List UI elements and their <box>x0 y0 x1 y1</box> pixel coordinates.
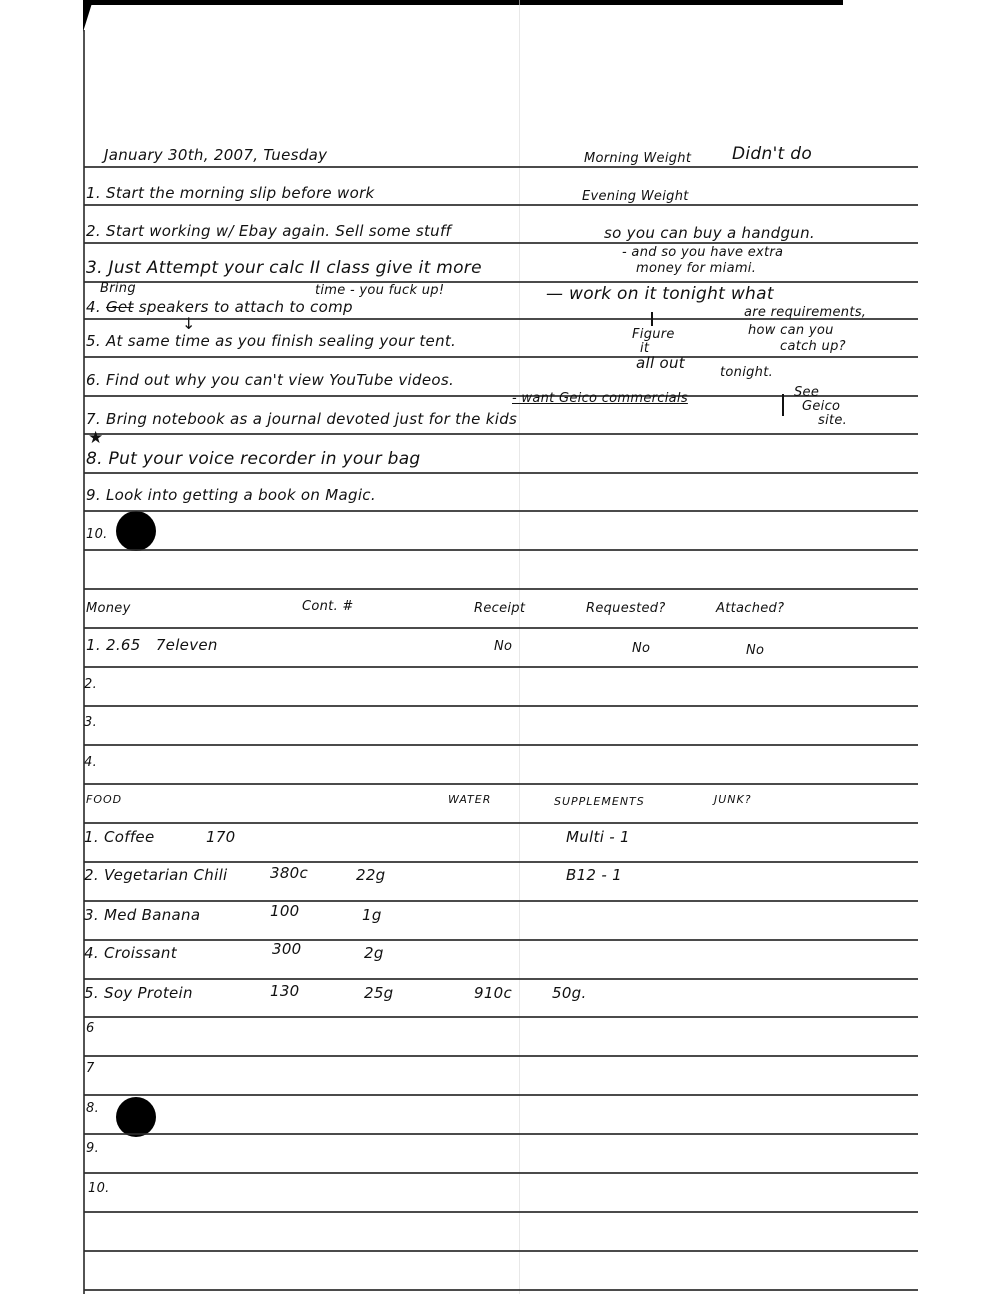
money-row-1-receipt: No <box>494 640 512 653</box>
note-figure: Figure <box>632 328 675 341</box>
food-row-1: 1. Coffee <box>84 830 154 845</box>
todo-item-4-inserted: Bring <box>100 282 136 295</box>
money-header-money: Money <box>86 602 131 615</box>
food-row-3: 3. Med Banana <box>84 908 200 923</box>
money-row-2: 2. <box>84 678 97 691</box>
ruled-line <box>84 1133 918 1135</box>
food-row-9: 9. <box>86 1142 99 1155</box>
note-work-on-it: — work on it tonight what <box>546 286 774 303</box>
ruled-line <box>84 510 918 512</box>
food-header-supplements: SUPPLEMENTS <box>554 796 645 807</box>
ruled-line <box>84 356 918 358</box>
todo-item-5: 5. At same time as you finish sealing yo… <box>86 334 456 349</box>
ruled-line <box>84 1055 918 1057</box>
food-row-5: 5. Soy Protein <box>84 986 193 1001</box>
note-divider <box>782 394 784 416</box>
food-row-2-supp: B12 - 1 <box>566 868 622 883</box>
evening-weight-label: Evening Weight <box>582 190 689 203</box>
ruled-line <box>84 166 918 168</box>
note-connector-line <box>651 312 653 326</box>
money-header-attached: Attached? <box>716 602 784 615</box>
ruled-line <box>84 822 918 824</box>
note-requirements: are requirements, <box>744 306 866 319</box>
food-row-2-protein: 22g <box>356 868 386 883</box>
ruled-line <box>84 744 918 746</box>
note-geico-commercials: - want Geico commercials <box>512 392 688 405</box>
todo-item-2: 2. Start working w/ Ebay again. Sell som… <box>86 224 451 239</box>
food-row-4-cal: 300 <box>272 942 302 957</box>
ruled-line <box>84 395 918 397</box>
food-header-water: WATER <box>448 794 491 805</box>
money-header-cont: Cont. # <box>302 600 354 613</box>
food-row-4-protein: 2g <box>364 946 384 961</box>
food-row-5-water: 910c <box>474 986 512 1001</box>
ruled-line <box>84 1289 918 1291</box>
food-row-1-supp: Multi - 1 <box>566 830 630 845</box>
todo-item-3: 3. Just Attempt your calc II class give … <box>86 260 482 277</box>
food-row-4: 4. Croissant <box>84 946 177 961</box>
ruled-line <box>84 1016 918 1018</box>
note-site: site. <box>818 414 847 427</box>
todo-item-3-note: time - you fuck up! <box>315 284 444 297</box>
note-catch-up: catch up? <box>780 340 846 353</box>
ruled-line <box>84 242 918 244</box>
money-row-1-requested: No <box>632 642 650 655</box>
food-header-junk: JUNK? <box>714 794 752 805</box>
todo-item-7: 7. Bring notebook as a journal devoted j… <box>86 412 517 427</box>
ruled-line <box>84 900 918 902</box>
ruled-line <box>84 281 918 283</box>
ruled-line <box>84 861 918 863</box>
food-row-2-cal: 380c <box>270 866 308 881</box>
note-tonight: tonight. <box>720 366 773 379</box>
note-how-can-you: how can you <box>748 324 834 337</box>
todo-item-1: 1. Start the morning slip before work <box>86 186 375 201</box>
page-date: January 30th, 2007, Tuesday <box>104 148 327 163</box>
food-row-5-supp: 50g. <box>552 986 587 1001</box>
money-row-4: 4. <box>84 756 97 769</box>
scan-top-edge <box>83 0 843 5</box>
food-row-10: 10. <box>88 1182 110 1195</box>
ruled-line <box>84 783 918 785</box>
note-all-out: all out <box>636 356 685 371</box>
note-extra-money: - and so you have extra <box>622 246 783 259</box>
food-row-6: 6 <box>86 1022 95 1035</box>
food-row-7: 7 <box>86 1062 95 1075</box>
food-row-2: 2. Vegetarian Chili <box>84 868 228 883</box>
note-miami: money for miami. <box>636 262 756 275</box>
money-header-requested: Requested? <box>586 602 666 615</box>
todo-item-4: 4. Get speakers to attach to comp <box>86 300 353 315</box>
food-header-food: FOOD <box>86 794 122 805</box>
ruled-line <box>84 1094 918 1096</box>
money-header-receipt: Receipt <box>474 602 525 615</box>
binder-hole-bottom <box>116 1097 156 1137</box>
todo-item-9: 9. Look into getting a book on Magic. <box>86 488 376 503</box>
food-row-8: 8. <box>86 1102 99 1115</box>
page-fold-line <box>519 0 520 1294</box>
food-row-3-cal: 100 <box>270 904 300 919</box>
money-row-3: 3. <box>84 716 97 729</box>
todo-item-8: 8. Put your voice recorder in your bag <box>86 451 421 468</box>
binder-hole-top <box>116 511 156 551</box>
ruled-line <box>84 1211 918 1213</box>
page-left-edge <box>83 30 85 1294</box>
ruled-line <box>84 1250 918 1252</box>
food-row-5-cal: 130 <box>270 984 300 999</box>
arrow-down-icon: ↓ <box>182 314 195 333</box>
food-row-3-protein: 1g <box>362 908 382 923</box>
ruled-line <box>84 978 918 980</box>
ruled-line <box>84 588 918 590</box>
todo-item-6: 6. Find out why you can't view YouTube v… <box>86 373 454 388</box>
ruled-line <box>84 549 918 551</box>
food-row-1-cal: 170 <box>206 830 236 845</box>
food-row-5-protein: 25g <box>364 986 394 1001</box>
ruled-line <box>84 627 918 629</box>
ruled-line <box>84 472 918 474</box>
ruled-line <box>84 1172 918 1174</box>
star-icon: ★ <box>88 430 104 447</box>
note-see: See <box>794 386 819 399</box>
note-geico: Geico <box>802 400 840 413</box>
morning-weight-value: Didn't do <box>732 146 812 163</box>
todo-item-10: 10. <box>86 528 108 541</box>
scan-corner <box>83 0 93 32</box>
ruled-line <box>84 204 918 206</box>
ruled-line <box>84 939 918 941</box>
ruled-line <box>84 433 918 435</box>
todo-item-2-note: so you can buy a handgun. <box>604 226 815 241</box>
ruled-line <box>84 666 918 668</box>
money-row-1-attached: No <box>746 644 764 657</box>
morning-weight-label: Morning Weight <box>584 152 691 165</box>
ruled-line <box>84 705 918 707</box>
money-row-1: 1. 2.65 7eleven <box>86 638 218 653</box>
